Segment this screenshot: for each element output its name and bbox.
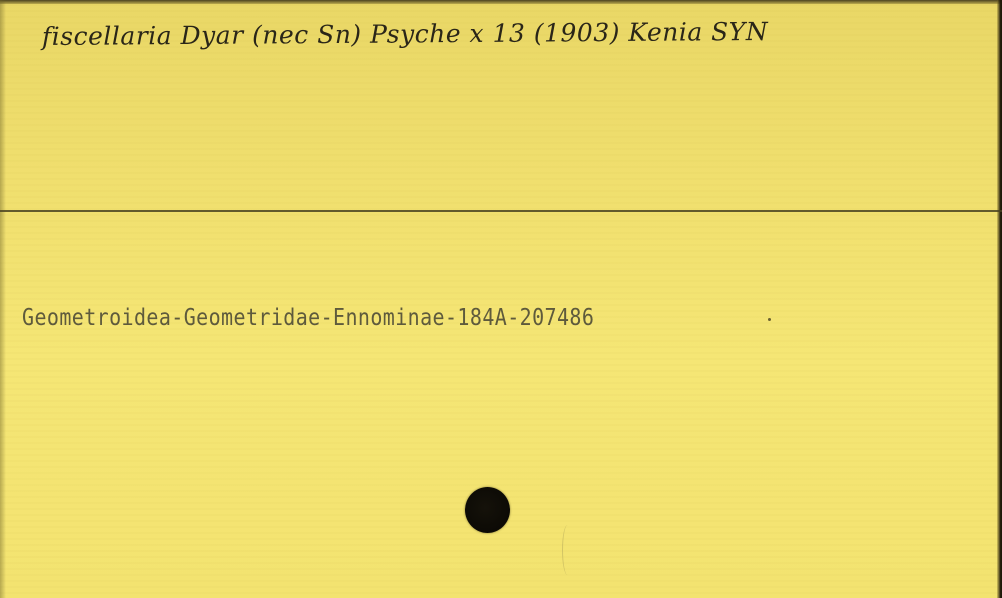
index-card: fiscellaria Dyar (nec Sn) Psyche x 13 (1… <box>0 0 1002 598</box>
card-right-edge <box>997 0 1002 598</box>
card-divider-line <box>0 210 1002 212</box>
punch-hole-icon <box>465 487 510 533</box>
paper-speck <box>768 318 771 321</box>
card-left-edge <box>0 0 6 598</box>
card-top-edge <box>0 0 1002 4</box>
taxonomy-classification-line: Geometroidea-Geometridae-Ennominae-184A-… <box>22 303 594 331</box>
faint-pencil-mark <box>562 525 573 575</box>
handwritten-species-note: fiscellaria Dyar (nec Sn) Psyche x 13 (1… <box>42 17 768 51</box>
